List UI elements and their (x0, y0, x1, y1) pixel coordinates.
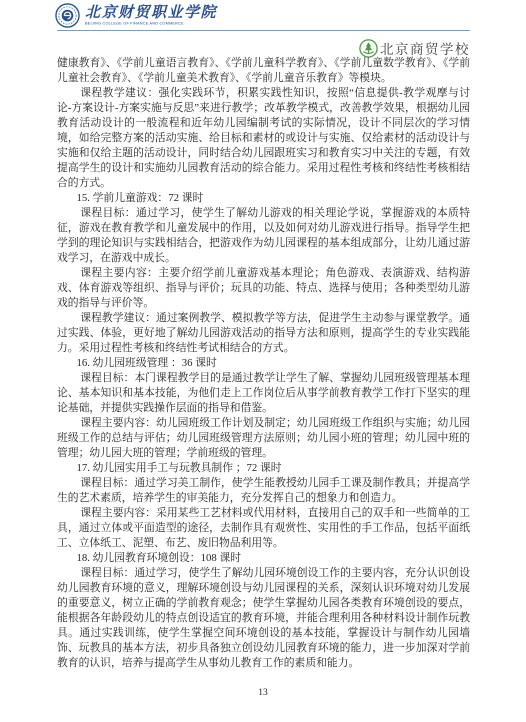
paragraph: 健康教育》、《学前儿童语言教育》、《学前儿童科学教育》、《学前儿童数学教育》、《… (57, 56, 470, 86)
paragraph: 16. 幼儿园班级管理 ：36 课时 (57, 356, 470, 371)
college-logo-en: BEIJING COLLEGE OF FINANCE AND COMMERCE (85, 21, 184, 25)
paragraph: 18. 幼儿园教育环境创设：108 课时 (57, 551, 470, 566)
paragraph: 课程主要内容：幼儿园班级工作计划及制定；幼儿园班级工作组织与实施；幼儿园班级工作… (57, 416, 470, 461)
college-logo: 北京财贸职业学院 BEIJING COLLEGE OF FINANCE AND … (55, 3, 291, 28)
document-page: 北京财贸职业学院 BEIJING COLLEGE OF FINANCE AND … (0, 0, 526, 722)
college-emblem-icon (55, 3, 80, 28)
school-logo: 北京商贸学校 (359, 38, 470, 58)
document-body: 健康教育》、《学前儿童语言教育》、《学前儿童科学教育》、《学前儿童数学教育》、《… (57, 56, 470, 671)
college-logo-cn: 北京财贸职业学院 (85, 4, 291, 21)
paragraph: 课程目标：通过学习，使学生了解幼儿园环境创设工作的主要内容，充分认识创设幼儿园教… (57, 566, 470, 671)
paragraph: 课程教学建议：强化实践环节，积累实践性知识，按照“信息提供-教学观摩与讨论-方案… (57, 86, 470, 191)
school-logo-text: 北京商贸学校 (380, 38, 470, 58)
paragraph: 课程主要内容：采用某些工艺材料或代用材料，直接用自己的双手和一些简单的工具，通过… (57, 506, 470, 551)
paragraph: 17. 幼儿园实用手工与玩教具制作 ；72 课时 (57, 461, 470, 476)
paragraph: 课程目标：通过学习，使学生了解幼儿游戏的相关理论学说，掌握游戏的本质特征，游戏在… (57, 206, 470, 266)
paragraph: 课程目标：通过学习美工制作，使学生能教授幼儿园手工课及制作教具；并提高学生的艺术… (57, 476, 470, 506)
college-logo-en-wrap: BEIJING COLLEGE OF FINANCE AND COMMERCE (85, 21, 291, 27)
paragraph: 课程目标：本门课程教学目的是通过教学让学生了解、掌握幼儿园班级管理基本理论、基本… (57, 371, 470, 416)
tree-icon (359, 39, 378, 58)
paragraph: 课程主要内容：主要介绍学前儿童游戏基本理论；角色游戏、表演游戏、结构游戏、体育游… (57, 266, 470, 311)
page-number: 13 (0, 688, 526, 698)
college-logo-texts: 北京财贸职业学院 BEIJING COLLEGE OF FINANCE AND … (85, 4, 291, 27)
paragraph: 课程教学建议：通过案例教学、模拟教学等方法，促进学生主动参与课堂教学。通过实践、… (57, 311, 470, 356)
header-divider (57, 30, 470, 31)
paragraph: 15. 学前儿童游戏：72 课时 (57, 191, 470, 206)
